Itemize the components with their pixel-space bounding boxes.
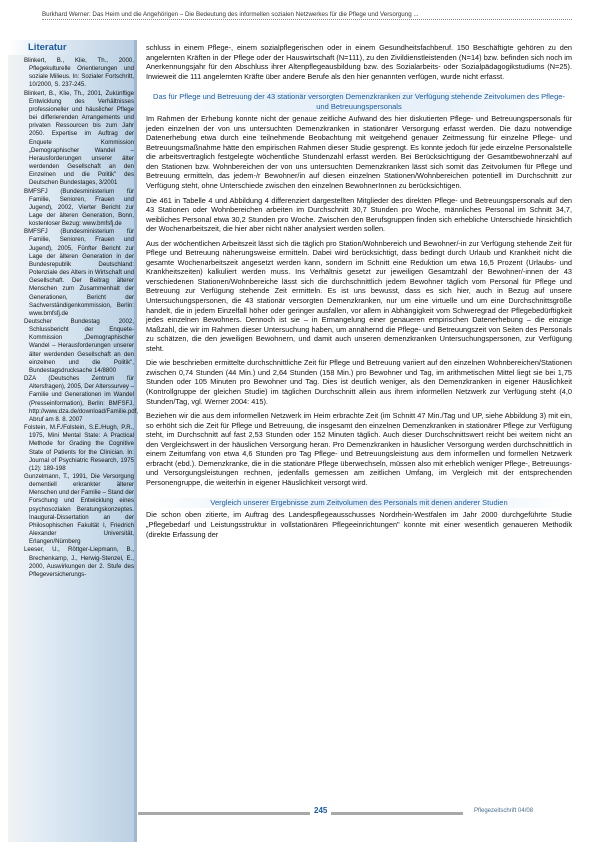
reference-item: BMFSFJ (Bundesministerium für Familie, S… bbox=[24, 228, 134, 318]
reference-item: Folstein, M.F./Folstein, S.E./Hugh, P.R.… bbox=[24, 424, 134, 473]
footer-rule bbox=[138, 812, 463, 815]
reference-item: Blinkert, B., Klie, Th., 2001, Zukünftig… bbox=[24, 90, 134, 188]
running-head: Burkhard Werner: Das Heim und die Angehö… bbox=[42, 11, 572, 20]
body-paragraph: schluss in einem Pflege-, einem sozialpf… bbox=[146, 43, 572, 81]
body-paragraph: Im Rahmen der Erhebung konnte nicht der … bbox=[146, 114, 572, 190]
body-paragraph: Die wie beschrieben ermittelte durchschn… bbox=[146, 358, 572, 406]
section-heading: Vergleich unserer Ergebnisse zum Zeitvol… bbox=[146, 498, 572, 508]
section-heading: Das für Pflege und Betreuung der 43 stat… bbox=[146, 92, 572, 112]
reference-item: Deutscher Bundestag 2002, Schlussbericht… bbox=[24, 318, 134, 375]
reference-item: DZA (Deutsches Zentrum für Altersfragen)… bbox=[24, 375, 134, 424]
journal-name: Pflegezeitschrift 04/08 bbox=[474, 808, 533, 814]
reference-list: Blinkert, B., Klie, Th., 2000, Pflegekul… bbox=[24, 57, 134, 579]
body-paragraph: Die schon oben zitierte, im Auftrag des … bbox=[146, 510, 572, 539]
sidebar-title: Literatur bbox=[28, 42, 67, 53]
body-paragraph: Aus der wöchentlichen Arbeitszeit lässt … bbox=[146, 239, 572, 354]
sidebar-header: Literatur bbox=[8, 40, 134, 55]
body-paragraph: Beziehen wir die aus dem informellen Net… bbox=[146, 411, 572, 487]
page-number: 245 bbox=[310, 806, 331, 815]
main-text-column: schluss in einem Pflege-, einem sozialpf… bbox=[146, 43, 572, 544]
reference-item: Gunzelmann, T., 1991, Die Versorgung dem… bbox=[24, 473, 134, 546]
body-paragraph: Die 461 in Tabelle 4 und Abbildung 4 dif… bbox=[146, 196, 572, 234]
reference-item: Leeser, U., Röttger-Liepmann, B., Breche… bbox=[24, 546, 134, 579]
reference-item: Blinkert, B., Klie, Th., 2000, Pflegekul… bbox=[24, 57, 134, 90]
reference-item: BMFSFJ (Bundesministerium für Familie, S… bbox=[24, 188, 134, 229]
